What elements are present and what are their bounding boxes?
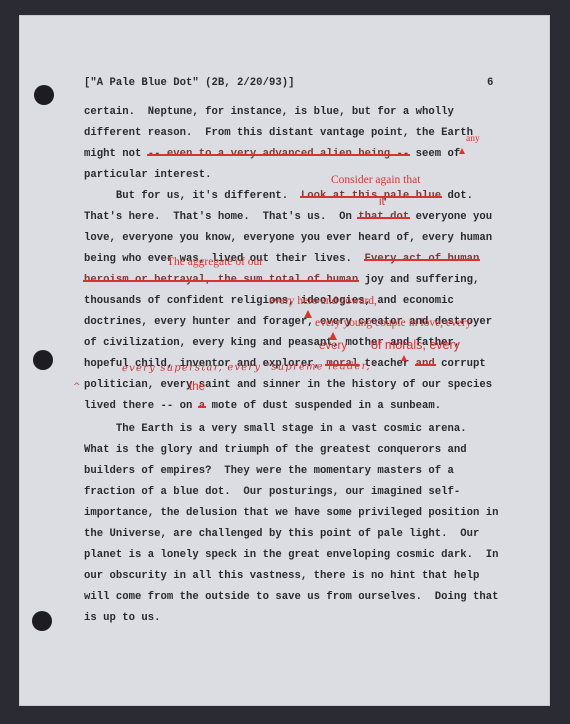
insertion-caret-couple [329,332,337,340]
text-line: particular interest. [84,169,212,181]
text-line: our obscurity in all this vastness, ther… [84,570,479,582]
annotation-couple: every young couple in love, every [315,317,471,329]
annotation-morals: of morals, every [371,339,460,351]
text-segment: different reason. From this distant vant… [84,127,473,139]
text-line: love, everyone you know, everyone you ev… [84,232,492,244]
text-segment: planet is a lonely speck in the great en… [84,549,499,561]
text-segment: everyone you [409,211,492,223]
text-line: different reason. From this distant vant… [84,127,473,139]
annotation-the: the [189,381,205,393]
punch-hole-bottom [32,611,52,631]
document-header: ["A Pale Blue Dot" (2B, 2/20/93)] [84,77,294,89]
text-segment: fraction of a blue dot. Our posturings, … [84,486,460,498]
text-line: will come from the outside to save us fr… [84,591,499,603]
text-line: might not -- even to a very advanced ali… [84,148,467,160]
struck-text: Every act of human [365,253,480,265]
struck-text: Look at this pale blue [301,190,441,202]
text-segment: the Universe, are challenged by this poi… [84,528,479,540]
text-line: the Universe, are challenged by this poi… [84,528,479,540]
text-line: fraction of a blue dot. Our posturings, … [84,486,460,498]
text-line: That's here. That's home. That's us. On … [84,211,492,223]
insertion-caret-any [459,148,465,154]
annotation-aggregate: The aggregate of our [167,256,263,268]
text-line: politician, every saint and sinner in th… [84,379,492,391]
struck-text: heroism or betrayal, the sum total of hu… [84,274,358,286]
insertion-caret-hero [304,310,312,318]
text-line: certain. Neptune, for instance, is blue,… [84,106,454,118]
page-number: 6 [487,77,493,89]
struck-text: a [199,400,205,412]
text-segment: lived there -- on [84,400,199,412]
text-line: But for us, it's different. Look at this… [84,190,473,202]
struck-text: -- even to a very advanced alien being -… [148,148,409,160]
text-segment: is up to us. [84,612,161,624]
text-segment: mote of dust suspended in a sunbeam. [205,400,441,412]
text-segment: That's here. That's home. That's us. On [84,211,358,223]
text-line: lived there -- on a mote of dust suspend… [84,400,441,412]
annotation-any: any [466,133,480,145]
text-segment: our obscurity in all this vastness, ther… [84,570,479,582]
text-segment: politician, every saint and sinner in th… [84,379,492,391]
insertion-caret-morals [401,355,407,361]
text-segment: importance, the delusion that we have so… [84,507,499,519]
text-segment: joy and suffering, [358,274,479,286]
annotation-hero: every hero and coward, [269,295,377,307]
text-line: importance, the delusion that we have so… [84,507,499,519]
text-line: being who ever was, lived out their live… [84,253,479,265]
text-line: The Earth is a very small stage in a vas… [84,423,467,435]
text-line: is up to us. [84,612,161,624]
punch-hole-top [34,85,54,105]
text-segment: certain. Neptune, for instance, is blue,… [84,106,454,118]
text-segment: What is the glory and triumph of the gre… [84,444,467,456]
text-segment: will come from the outside to save us fr… [84,591,499,603]
punch-hole-middle [33,350,53,370]
text-line: heroism or betrayal, the sum total of hu… [84,274,479,286]
annotation-it: it [379,196,385,208]
text-segment: dot. [441,190,473,202]
text-segment: might not [84,148,148,160]
text-segment: But for us, it's different. [84,190,301,202]
text-segment: The Earth is a very small stage in a vas… [84,423,467,435]
insertion-caret-superstar: ^ [73,382,81,392]
struck-text: that dot [358,211,409,223]
text-line: What is the glory and triumph of the gre… [84,444,467,456]
text-segment: builders of empires? They were the momen… [84,465,454,477]
text-segment: particular interest. [84,169,212,181]
annotation-consider: Consider again that [331,174,420,186]
text-segment: corrupt [435,358,486,370]
text-line: planet is a lonely speck in the great en… [84,549,499,561]
handwritten-insertion: every superstar, every "supreme leader," [122,361,377,374]
struck-text: and [416,358,435,370]
annotation-every2: every [319,340,347,352]
text-line: builders of empires? They were the momen… [84,465,454,477]
text-segment: love, everyone you know, everyone you ev… [84,232,492,244]
